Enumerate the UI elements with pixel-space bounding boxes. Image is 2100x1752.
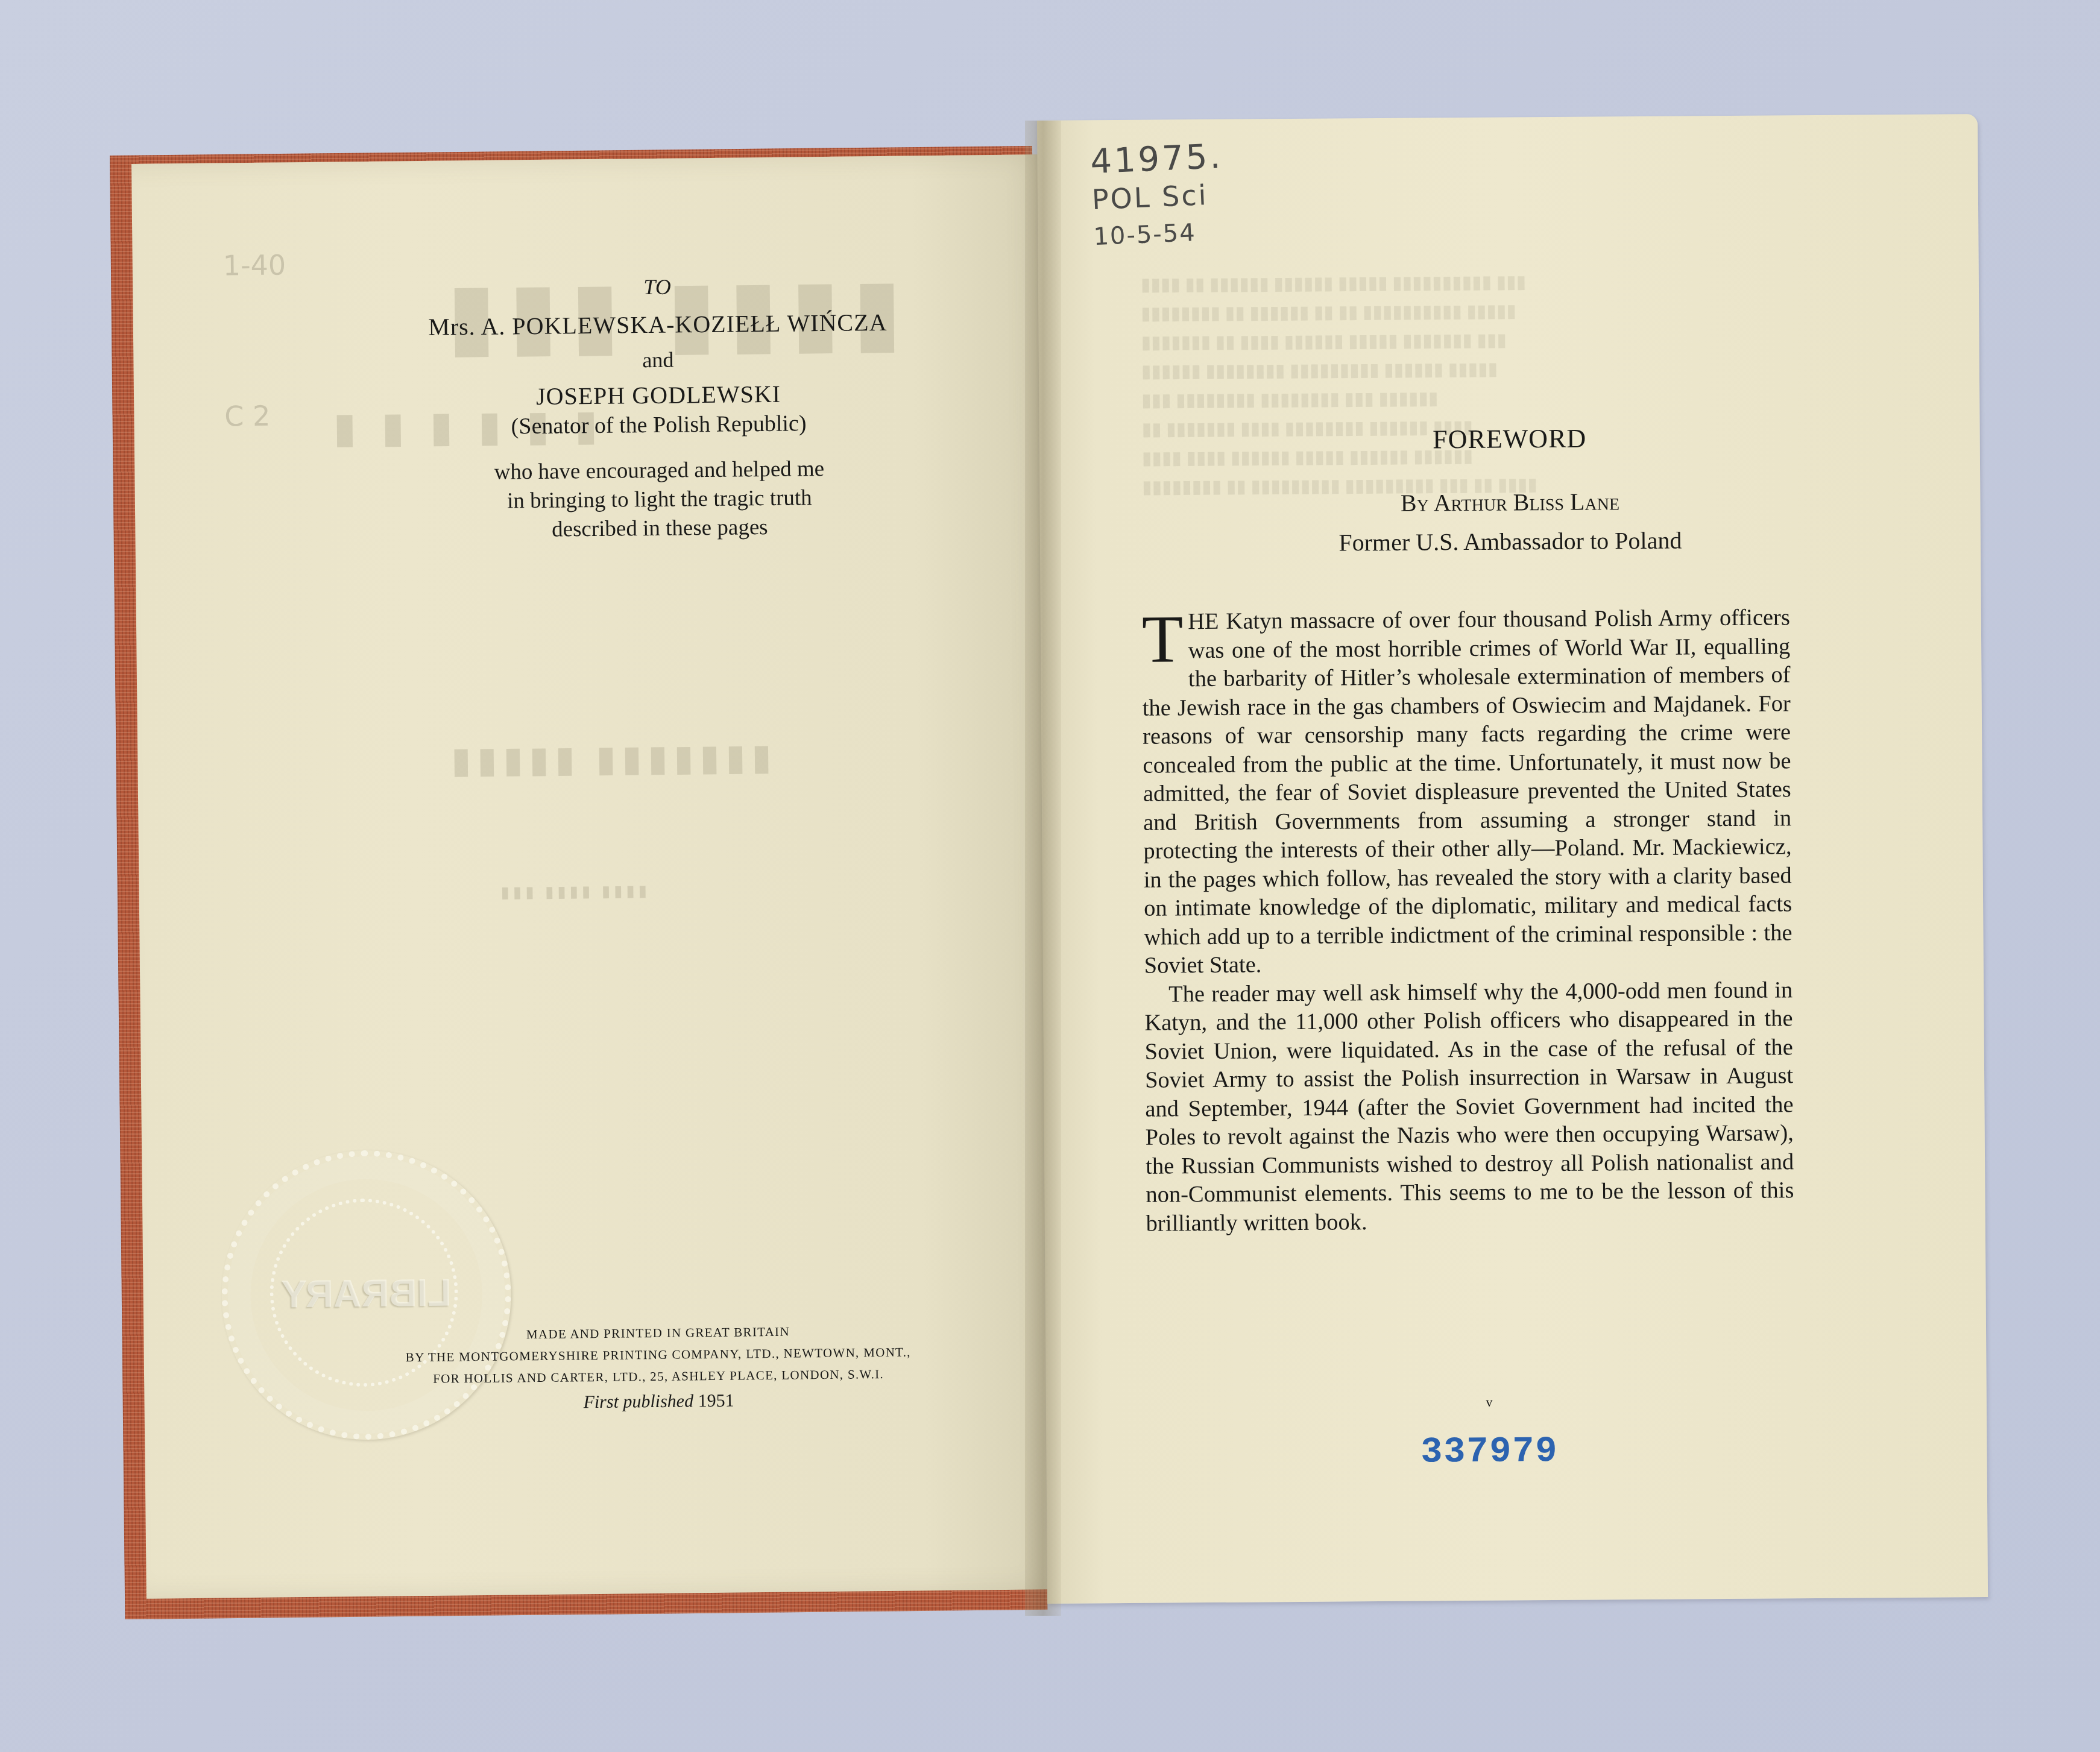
subject-code: POL Sci (1091, 175, 1225, 218)
pencil-marks: 1-40 C 2 (222, 241, 288, 440)
drop-cap: T (1142, 611, 1184, 667)
pencil-mark: 1-40 (222, 241, 286, 289)
first-published: First published 1951 (336, 1387, 981, 1416)
seal-label: LIBRARY (227, 1270, 505, 1317)
accession-date: 10-5-54 (1093, 213, 1226, 256)
dedicatee-2-title: (Senator of the Polish Republic) (387, 409, 930, 441)
dedication-line: described in these pages (388, 511, 931, 546)
dedication-and: and (386, 344, 929, 375)
bleed-through-author: ▮▮▮▮▮ ▮▮▮▮▮▮▮ (451, 736, 778, 782)
bleed-through-text: ▮▮▮▮ ▮▮ ▮▮▮▮▮▮ ▮▮▮▮▮▮ ▮▮▮▮▮ ▮▮▮▮▮▮▮▮▮▮ ▮… (1141, 266, 1794, 502)
pencil-mark: C 2 (224, 391, 288, 440)
printer-imprint: MADE AND PRINTED IN GREAT BRITAIN BY THE… (335, 1319, 982, 1416)
page-number: v (992, 1391, 1987, 1414)
author-role: Former U.S. Ambassador to Poland (1040, 524, 1981, 559)
foreword-heading: FOREWORD (1039, 420, 1980, 458)
paragraph-1: THE Katyn massacre of over four thousand… (1142, 603, 1793, 980)
paragraph-text: HE Katyn massacre of over four thousand … (1143, 605, 1793, 978)
library-stamp-number: 337979 (992, 1428, 1987, 1476)
open-book: ▮▮▮ ▮▮▮▮ ▮ ▮ ▮ ▮ ▮ ▮ ▮▮▮▮▮ ▮▮▮▮▮▮▮ ▮▮▮ ▮… (0, 0, 2100, 1752)
first-published-year: 1951 (698, 1391, 734, 1411)
bleed-through-lines: ▮▮▮ ▮▮▮▮ ▮▮▮▮ (501, 882, 651, 902)
dedication-to: TO (386, 271, 929, 302)
library-accession-handwriting: 41975. POL Sci 10-5-54 (1089, 138, 1227, 256)
dedication-body: who have encouraged and helped me in bri… (388, 453, 931, 546)
paragraph-2: The reader may well ask himself why the … (1144, 976, 1794, 1238)
foreword-body: THE Katyn massacre of over four thousand… (1142, 603, 1794, 1238)
left-page-content: ▮▮▮ ▮▮▮▮ ▮ ▮ ▮ ▮ ▮ ▮ ▮▮▮▮▮ ▮▮▮▮▮▮▮ ▮▮▮ ▮… (131, 154, 1063, 1599)
dedicatee-1: Mrs. A. POKLEWSKA-KOZIEŁŁ WIŃCZA (386, 307, 929, 341)
dedication: TO Mrs. A. POKLEWSKA-KOZIEŁŁ WIŃCZA and … (386, 271, 932, 546)
right-page-content: ▮▮▮▮ ▮▮ ▮▮▮▮▮▮ ▮▮▮▮▮▮ ▮▮▮▮▮ ▮▮▮▮▮▮▮▮▮▮ ▮… (1037, 114, 1988, 1604)
accession-number: 41975. (1089, 138, 1223, 181)
first-published-label: First published (583, 1391, 693, 1412)
foreword-byline: By Arthur Bliss Lane (1039, 485, 1980, 520)
dedicatee-2: JOSEPH GODLEWSKI (387, 378, 930, 412)
